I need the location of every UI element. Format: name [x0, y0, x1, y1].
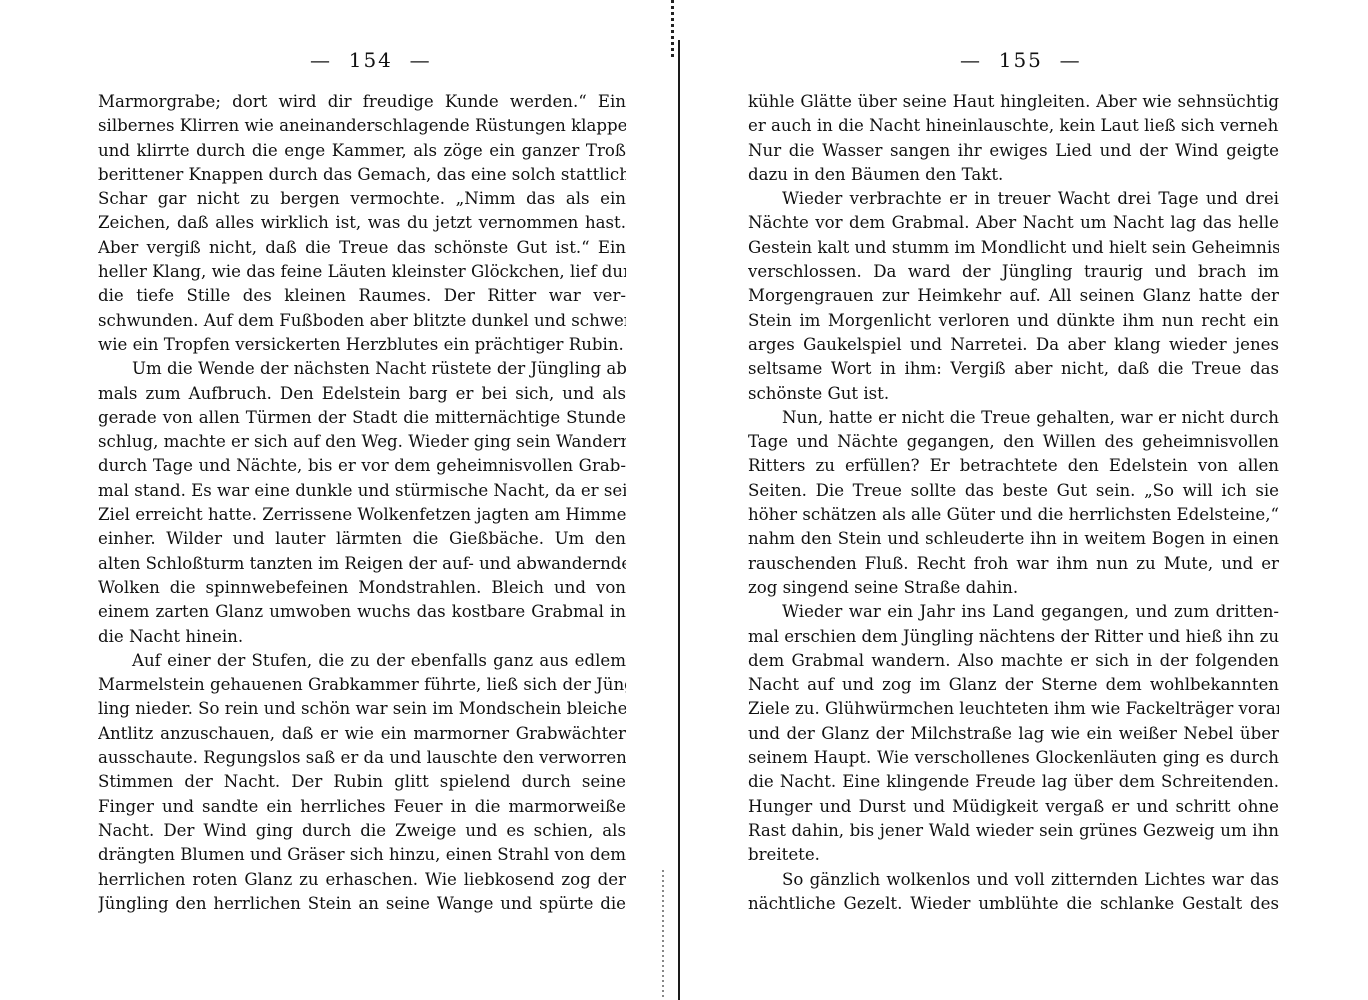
text-line: rauschenden Fluß. Recht froh war ihm nun… [748, 552, 1279, 576]
page-number-right: — 155 — [960, 48, 1082, 72]
text-line: Ritters zu erfüllen? Er betrachtete den … [748, 454, 1279, 478]
text-line: breitete. [748, 843, 1279, 867]
text-line: Seiten. Die Treue sollte das beste Gut s… [748, 479, 1279, 503]
text-line: höher schätzen als alle Güter und die he… [748, 503, 1279, 527]
text-line: kühle Glätte über seine Haut hingleiten.… [748, 90, 1279, 114]
text-line: verschlossen. Da ward der Jüngling traur… [748, 260, 1279, 284]
text-line: durch Tage und Nächte, bis er vor dem ge… [98, 454, 626, 478]
text-line: berittener Knappen durch das Gemach, das… [98, 163, 626, 187]
text-line: mal erschien dem Jüngling nächtens der R… [748, 625, 1279, 649]
text-line: So gänzlich wolkenlos und voll zitternde… [748, 868, 1279, 892]
gutter-dots [662, 870, 664, 1000]
text-line: Wieder verbrachte er in treuer Wacht dre… [748, 187, 1279, 211]
text-line: einem zarten Glanz umwoben wuchs das kos… [98, 600, 626, 624]
text-line: Marmelstein gehauenen Grabkammer führte,… [98, 673, 626, 697]
text-line: Schar gar nicht zu bergen vermochte. „Ni… [98, 187, 626, 211]
text-line: Um die Wende der nächsten Nacht rüstete … [98, 357, 626, 381]
text-line: Nächte vor dem Grabmal. Aber Nacht um Na… [748, 211, 1279, 235]
text-line: die Nacht. Eine klingende Freude lag übe… [748, 770, 1279, 794]
text-line: herrlichen roten Glanz zu erhaschen. Wie… [98, 868, 626, 892]
text-line: ausschaute. Regungslos saß er da und lau… [98, 746, 626, 770]
text-line: Stimmen der Nacht. Der Rubin glitt spiel… [98, 770, 626, 794]
text-line: dem Grabmal wandern. Also machte er sich… [748, 649, 1279, 673]
text-line: Aber vergiß nicht, daß die Treue das sch… [98, 236, 626, 260]
left-page: — 154 — Marmorgrabe; dort wird dir freud… [0, 0, 660, 1000]
text-line: heller Klang, wie das feine Läuten klein… [98, 260, 626, 284]
text-line: Stein im Morgenlicht verloren und dünkte… [748, 309, 1279, 333]
text-line: dazu in den Bäumen den Takt. [748, 163, 1279, 187]
text-line: Auf einer der Stufen, die zu der ebenfal… [98, 649, 626, 673]
text-line: Ziel erreicht hatte. Zerrissene Wolkenfe… [98, 503, 626, 527]
text-line: und klirrte durch die enge Kammer, als z… [98, 139, 626, 163]
page-number-left: — 154 — [310, 48, 432, 72]
text-line: Finger und sandte ein herrliches Feuer i… [98, 795, 626, 819]
text-line: silbernes Klirren wie aneinanderschlagen… [98, 114, 626, 138]
text-line: Jüngling den herrlichen Stein an seine W… [98, 892, 626, 916]
text-line: Nur die Wasser sangen ihr ewiges Lied un… [748, 139, 1279, 163]
text-line: er auch in die Nacht hineinlauschte, kei… [748, 114, 1279, 138]
text-line: gerade von allen Türmen der Stadt die mi… [98, 406, 626, 430]
text-line: die tiefe Stille des kleinen Raumes. Der… [98, 284, 626, 308]
text-line: Antlitz anzuschauen, daß er wie ein marm… [98, 722, 626, 746]
text-line: Wieder war ein Jahr ins Land gegangen, u… [748, 600, 1279, 624]
text-line: Nun, hatte er nicht die Treue gehalten, … [748, 406, 1279, 430]
text-line: zog singend seine Straße dahin. [748, 576, 1279, 600]
right-page: — 155 — kühle Glätte über seine Haut hin… [672, 0, 1368, 1000]
text-line: mal stand. Es war eine dunkle und stürmi… [98, 479, 626, 503]
text-line: Hunger und Durst und Müdigkeit vergaß er… [748, 795, 1279, 819]
text-line: Nacht. Der Wind ging durch die Zweige un… [98, 819, 626, 843]
text-line: Wolken die spinnwebefeinen Mondstrahlen.… [98, 576, 626, 600]
text-line: Nacht auf und zog im Glanz der Sterne de… [748, 673, 1279, 697]
text-line: Tage und Nächte gegangen, den Willen des… [748, 430, 1279, 454]
text-line: einher. Wilder und lauter lärmten die Gi… [98, 527, 626, 551]
text-line: seinem Haupt. Wie verschollenes Glockenl… [748, 746, 1279, 770]
text-line: alten Schloßturm tanzten im Reigen der a… [98, 552, 626, 576]
text-line: nahm den Stein und schleuderte ihn in we… [748, 527, 1279, 551]
text-line: arges Gaukelspiel und Narretei. Da aber … [748, 333, 1279, 357]
right-page-body-text: kühle Glätte über seine Haut hingleiten.… [748, 90, 1279, 916]
text-line: Gestein kalt und stumm im Mondlicht und … [748, 236, 1279, 260]
text-line: Ziele zu. Glühwürmchen leuchteten ihm wi… [748, 697, 1279, 721]
text-line: und der Glanz der Milchstraße lag wie ei… [748, 722, 1279, 746]
text-line: ling nieder. So rein und schön war sein … [98, 697, 626, 721]
text-line: schwunden. Auf dem Fußboden aber blitzte… [98, 309, 626, 333]
text-line: die Nacht hinein. [98, 625, 626, 649]
text-line: wie ein Tropfen versickerten Herzblutes … [98, 333, 626, 357]
left-page-body-text: Marmorgrabe; dort wird dir freudige Kund… [98, 90, 626, 916]
text-line: mals zum Aufbruch. Den Edelstein barg er… [98, 382, 626, 406]
text-line: schlug, machte er sich auf den Weg. Wied… [98, 430, 626, 454]
text-line: Rast dahin, bis jener Wald wieder sein g… [748, 819, 1279, 843]
text-line: Marmorgrabe; dort wird dir freudige Kund… [98, 90, 626, 114]
text-line: seltsame Wort in ihm: Vergiß aber nicht,… [748, 357, 1279, 381]
text-line: schönste Gut ist. [748, 382, 1279, 406]
text-line: Morgengrauen zur Heimkehr auf. All seine… [748, 284, 1279, 308]
text-line: nächtliche Gezelt. Wieder umblühte die s… [748, 892, 1279, 916]
text-line: drängten Blumen und Gräser sich hinzu, e… [98, 843, 626, 867]
text-line: Zeichen, daß alles wirklich ist, was du … [98, 211, 626, 235]
